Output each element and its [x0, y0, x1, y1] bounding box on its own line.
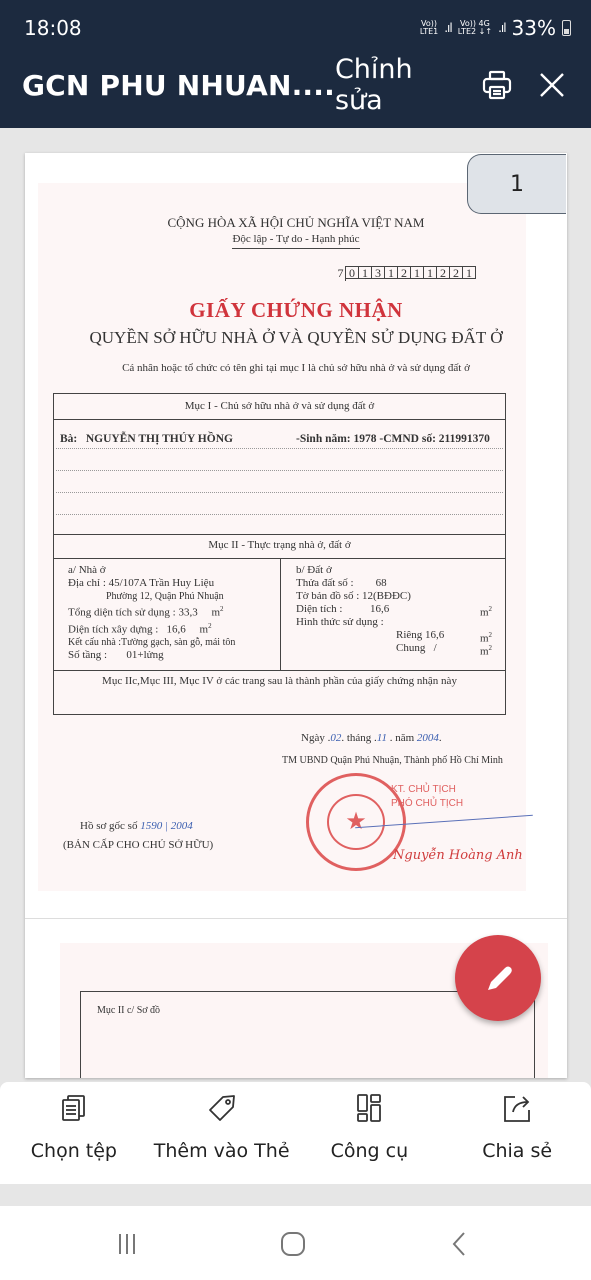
section2-body: a/ Nhà ở Địa chỉ : 45/107A Trần Huy Liệu…	[54, 558, 505, 670]
row-divider	[54, 419, 505, 420]
diagram-section-label: Mục II c/ Sơ đồ	[97, 1005, 160, 1016]
printer-icon	[481, 69, 513, 101]
land-details: b/ Đất ở Thửa đất số : 68 Tờ bản đồ số :…	[296, 564, 496, 655]
battery-percent: 33%	[512, 16, 556, 40]
system-nav-bar	[0, 1206, 591, 1280]
print-button[interactable]	[481, 67, 514, 103]
volte2-icon: Vo)) 4GLTE2 ↓↑	[458, 20, 492, 36]
home-button[interactable]	[273, 1228, 313, 1260]
status-bar: 18:08 Vo))LTE1 .ıl Vo)) 4GLTE2 ↓↑ .ıl 33…	[24, 14, 571, 42]
back-button[interactable]	[440, 1228, 480, 1260]
certificate-title: GIẤY CHỨNG NHẬN	[25, 298, 567, 323]
app-bar: GCN PHU NHUAN.... Chỉnh sửa	[22, 62, 569, 108]
certificate-subtitle: QUYỀN SỞ HỮU NHÀ Ở VÀ QUYỀN SỬ DỤNG ĐẤT …	[25, 328, 567, 348]
owner-name: NGUYỄN THỊ THÚY HỒNG	[86, 433, 233, 445]
files-icon	[58, 1092, 90, 1124]
row-divider	[54, 534, 505, 535]
certificate-description: Cá nhân hoặc tổ chức có tên ghi tại mục …	[25, 362, 567, 374]
dotted-line	[56, 448, 503, 449]
document-title: GCN PHU NHUAN....	[22, 69, 335, 102]
tools-button[interactable]: Công cụ	[296, 1082, 444, 1184]
column-divider	[280, 558, 281, 670]
dotted-line	[56, 470, 503, 471]
issuing-authority: TM UBND Quận Phú Nhuận, Thành phố Hồ Chí…	[282, 755, 503, 766]
toolbar-gap	[0, 1184, 591, 1206]
page-divider	[25, 918, 567, 919]
battery-icon	[562, 20, 571, 36]
signal-icon: .ıl	[498, 21, 505, 35]
file-number: Hồ sơ gốc số 1590 | 2004	[80, 820, 193, 832]
house-details: a/ Nhà ở Địa chỉ : 45/107A Trần Huy Liệu…	[68, 564, 273, 662]
copy-note: (BẢN CẤP CHO CHỦ SỞ HỮU)	[63, 839, 213, 851]
signal-icon: .ıl	[444, 21, 451, 35]
dotted-line	[56, 492, 503, 493]
section1-title: Mục I - Chủ sở hữu nhà ở và sử dụng đất …	[54, 400, 505, 412]
dotted-line	[56, 514, 503, 515]
volte1-icon: Vo))LTE1	[420, 20, 438, 36]
pencil-icon	[478, 958, 518, 998]
issue-date: Ngày .02. tháng .11 . năm 2004.	[301, 732, 442, 744]
back-icon	[447, 1231, 473, 1257]
page-indicator: 1	[467, 154, 566, 214]
motto: Độc lập - Tự do - Hạnh phúc	[25, 233, 567, 245]
section2-title: Mục II - Thực trạng nhà ở, đất ở	[54, 539, 505, 551]
share-button[interactable]: Chia sẻ	[443, 1082, 591, 1184]
bottom-toolbar: Chọn tệp Thêm vào Thẻ Công cụ Chia sẻ	[0, 1082, 591, 1184]
tools-grid-icon	[353, 1092, 385, 1124]
edit-fab[interactable]	[455, 935, 541, 1021]
footnote: Mục IIc,Mục III, Mục IV ở các trang sau …	[54, 675, 505, 687]
edit-button[interactable]: Chỉnh sửa	[335, 54, 459, 116]
close-icon	[538, 71, 566, 99]
share-icon	[501, 1092, 533, 1124]
recents-button[interactable]	[107, 1228, 147, 1260]
owner-line: Bà: NGUYỄN THỊ THÚY HỒNG -Sinh năm: 1978…	[60, 433, 500, 445]
signer-name: Nguyễn Hoàng Anh	[393, 848, 523, 863]
add-to-tag-button[interactable]: Thêm vào Thẻ	[148, 1082, 296, 1184]
top-bar: 18:08 Vo))LTE1 .ıl Vo)) 4GLTE2 ↓↑ .ıl 33…	[0, 0, 591, 128]
serial-number: 7 0 1 3 1 2 1 1 2 2 1	[336, 266, 476, 281]
clock: 18:08	[24, 16, 82, 40]
tag-icon	[206, 1092, 238, 1124]
national-header: CỘNG HÒA XÃ HỘI CHỦ NGHĨA VIỆT NAM	[25, 215, 567, 231]
choose-file-button[interactable]: Chọn tệp	[0, 1082, 148, 1184]
certificate-table: Mục I - Chủ sở hữu nhà ở và sử dụng đất …	[53, 393, 506, 715]
status-icons: Vo))LTE1 .ıl Vo)) 4GLTE2 ↓↑ .ıl 33%	[420, 16, 571, 40]
owner-details: -Sinh năm: 1978 -CMND số: 211991370	[296, 433, 490, 445]
signer-title: KT. CHỦ TỊCH PHÓ CHỦ TỊCH	[391, 783, 463, 811]
close-button[interactable]	[536, 67, 569, 103]
row-divider	[54, 670, 505, 671]
recents-icon	[114, 1231, 140, 1257]
home-icon	[280, 1231, 306, 1257]
